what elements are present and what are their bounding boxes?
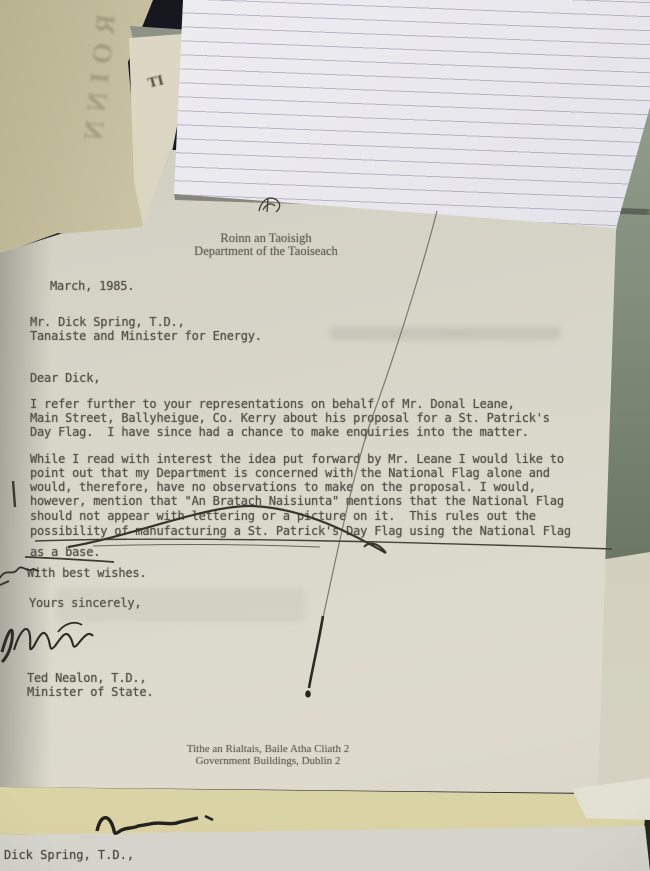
paragraph2-line: would, therefore, have no observations t… [30,480,536,494]
paragraph2-line: possibility of manufacturing a St. Patri… [30,524,571,538]
paragraph1-line: Main Street, Ballyheigue, Co. Kerry abou… [30,411,550,425]
ink-bleed-smudge [55,588,305,622]
letterhead-english: Department of the Taoiseach [116,244,416,259]
photograph-of-letter: ROINN TI Dick Spring, T.D., Roinn an Tao… [0,0,650,871]
paragraph2-line: however, mention that "An Bratach Naisiu… [30,494,564,508]
recipient-name: Mr. Dick Spring, T.D., [30,315,185,329]
signatory-title: Minister of State. [27,685,153,699]
paragraph2-line: should not appear with lettering or a pi… [30,509,536,523]
paragraph2-line: While I read with interest the idea put … [30,452,564,466]
ink-bleed-smudge [330,327,560,340]
signatory-name: Ted Nealon, T.D., [27,671,146,685]
paragraph1-line: Day Flag. I have since had a chance to m… [30,425,529,439]
paragraph1-line: I refer further to your representations … [30,397,515,411]
closing-wishes: With best wishes. [27,566,146,580]
paragraph2-line: as a base. [30,545,100,559]
recipient-title: Tanaiste and Minister for Energy. [30,329,262,343]
letter-date: March, 1985. [50,279,134,293]
bottom-letter-fragment: Dick Spring, T.D., [4,848,134,862]
salutation: Dear Dick, [30,371,100,385]
paragraph2-line: point out that my Department is concerne… [30,466,550,480]
footer-english: Government Buildings, Dublin 2 [118,755,418,767]
footer-irish: Tithe an Rialtais, Baile Atha Cliath 2 [118,743,418,755]
